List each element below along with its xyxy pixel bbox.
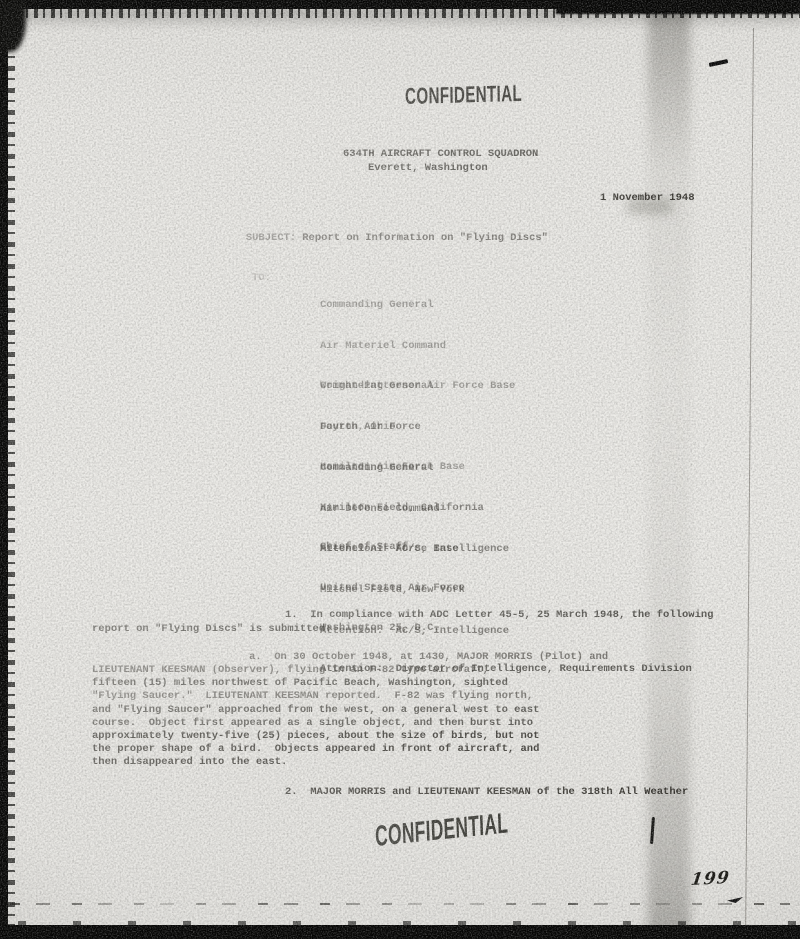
letterhead-location: Everett, Washington	[368, 162, 488, 176]
fold-crease-line	[10, 903, 790, 905]
body-text-line: and "Flying Saucer" approached from the …	[92, 704, 539, 718]
addressee-line: Fourth Air Force	[320, 421, 509, 435]
subject-line: SUBJECT:Report on Information on "Flying…	[208, 218, 548, 259]
addressee-line: Commanding General	[320, 380, 509, 394]
addressee-line: Commanding General	[320, 299, 515, 313]
date-line: 1 November 1948	[600, 192, 695, 206]
scanned-document-page: CONFIDENTIAL 634TH AIRCRAFT CONTROL SQUA…	[0, 0, 800, 939]
letterhead-unit: 634TH AIRCRAFT CONTROL SQUADRON	[343, 148, 538, 162]
subject-label: SUBJECT:	[246, 232, 296, 244]
scan-border-top-right	[556, 0, 800, 14]
handwritten-page-number: 199	[690, 868, 731, 890]
body-text-line: fifteen (15) miles northwest of Pacific …	[92, 677, 508, 691]
subject-text: Report on Information on "Flying Discs"	[302, 232, 548, 244]
body-text-line: 2. MAJOR MORRIS and LIEUTENANT KEESMAN o…	[285, 786, 688, 800]
addressee-line: Commanding General	[320, 462, 509, 476]
addressee-line: Chief of Staff	[320, 541, 692, 555]
body-text-line: then disappeared into the east.	[92, 756, 287, 770]
body-text-line: approximately twenty-five (25) pieces, a…	[92, 730, 539, 744]
scan-border-bottom	[0, 925, 800, 939]
body-text-line: a. On 30 October 1948, at 1430, MAJOR MO…	[249, 651, 608, 665]
confidential-stamp-top: CONFIDENTIAL	[405, 87, 522, 104]
addressee-line: Washington 25, D.C.	[320, 622, 692, 636]
body-text-line: 1. In compliance with ADC Letter 45-5, 2…	[285, 609, 713, 623]
addressee-line: Air Materiel Command	[320, 340, 515, 354]
body-text-line: course. Object first appeared as a singl…	[92, 717, 533, 731]
body-text-line: "Flying Saucer." LIEUTENANT KEESMAN repo…	[92, 690, 533, 704]
body-text-line: LIEUTENANT KEESMAN (Observer), flying in…	[92, 664, 489, 678]
addressee-line: United States Air Force	[320, 582, 692, 596]
to-label: TO:	[252, 272, 271, 286]
typed-text-layer: CONFIDENTIAL 634TH AIRCRAFT CONTROL SQUA…	[0, 0, 800, 939]
body-text-line: the proper shape of a bird. Objects appe…	[92, 743, 539, 757]
scan-border-left	[0, 0, 8, 939]
body-text-line: report on "Flying Discs" is submitted:	[92, 623, 331, 637]
confidential-stamp-bottom: CONFIDENTIAL	[375, 817, 508, 844]
